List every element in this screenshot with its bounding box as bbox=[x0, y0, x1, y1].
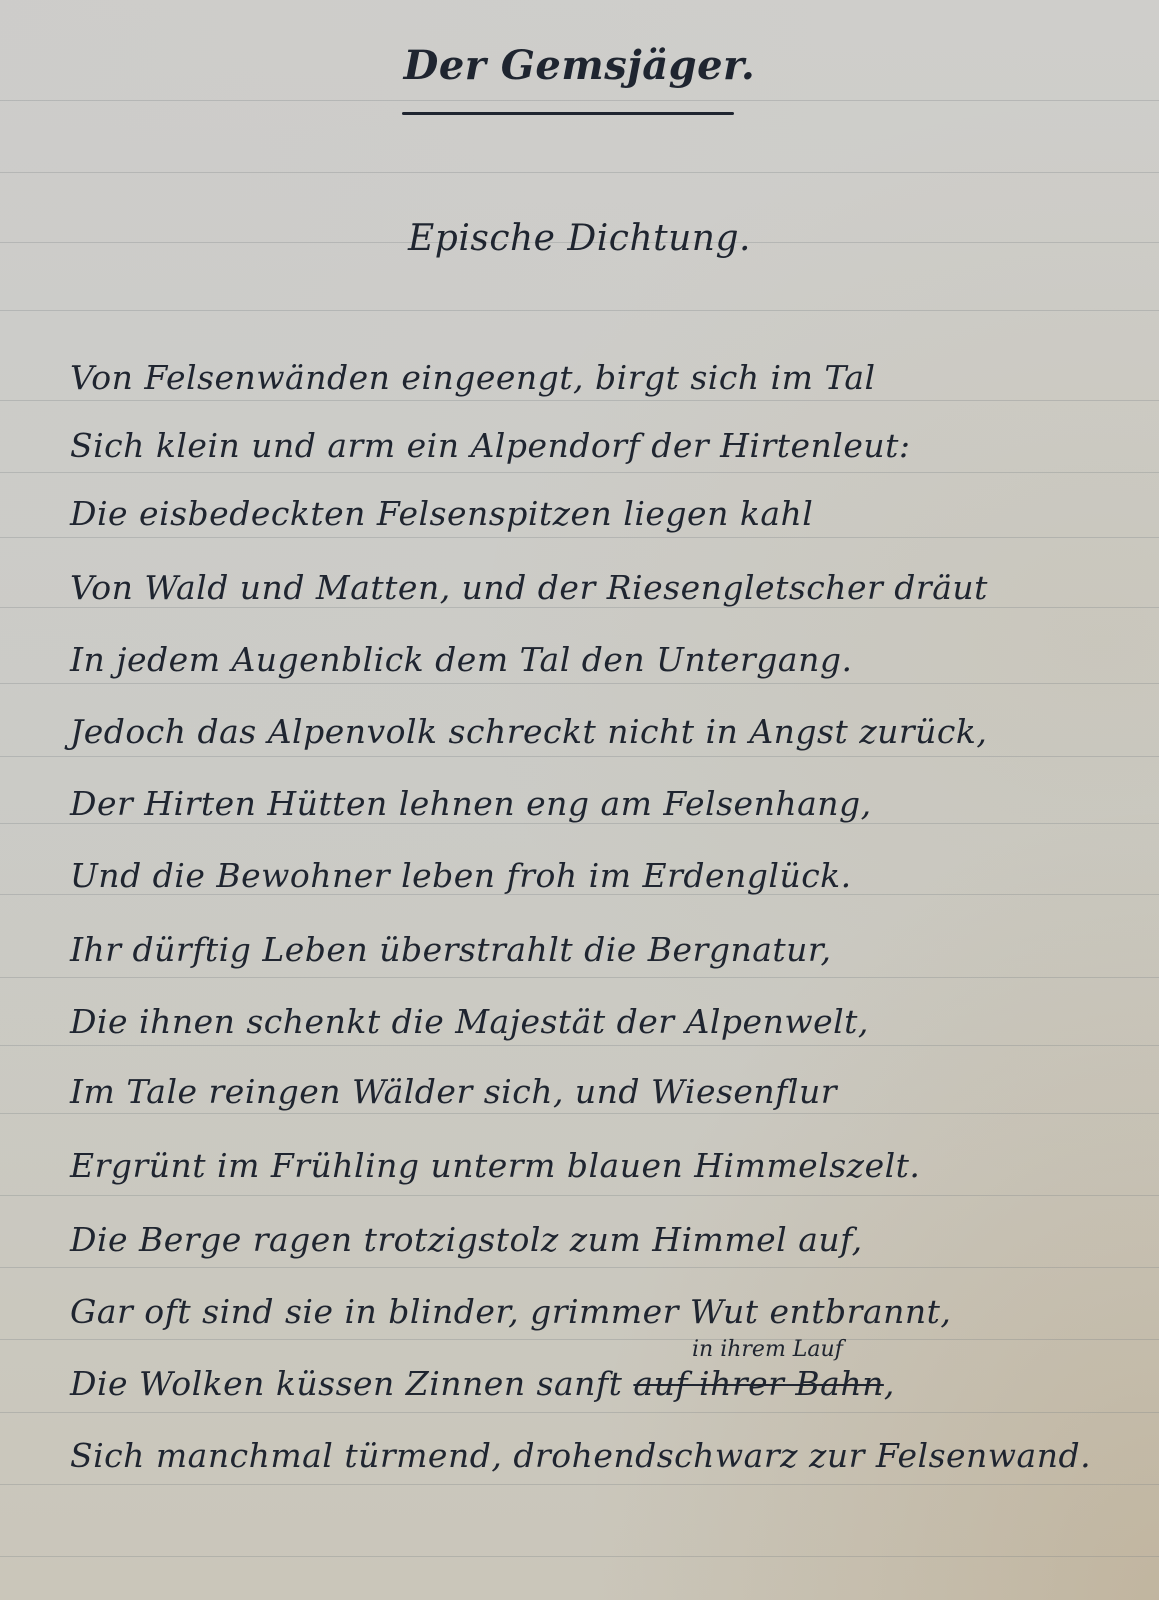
ruling-line bbox=[0, 172, 1159, 173]
ruling-line bbox=[0, 823, 1159, 824]
verse-line-15: Die Wolken küssen Zinnen sanft auf ihrer… bbox=[70, 1364, 895, 1403]
ruling-line bbox=[0, 1267, 1159, 1268]
ruling-line bbox=[0, 1195, 1159, 1196]
ruling-line bbox=[0, 756, 1159, 757]
verse-line-13: Die Berge ragen trotzigstolz zum Himmel … bbox=[70, 1220, 863, 1259]
inserted-correction: in ihrem Lauf bbox=[692, 1337, 843, 1362]
verse-line-11: Im Tale reingen Wälder sich, und Wiesenf… bbox=[70, 1072, 837, 1111]
ruling-line bbox=[0, 607, 1159, 608]
verse-line-12: Ergrünt im Frühling unterm blauen Himmel… bbox=[70, 1146, 920, 1185]
verse-line-5: In jedem Augenblick dem Tal den Untergan… bbox=[70, 640, 852, 679]
ruling-line bbox=[0, 310, 1159, 311]
verse-line-7: Der Hirten Hütten lehnen eng am Felsenha… bbox=[70, 784, 872, 823]
page-title: Der Gemsjäger. bbox=[0, 42, 1159, 89]
ruling-line bbox=[0, 1339, 1159, 1340]
verse-line-6: Jedoch das Alpenvolk schreckt nicht in A… bbox=[70, 712, 987, 751]
ruling-line bbox=[0, 977, 1159, 978]
struck-out-text: auf ihrer Bahn bbox=[633, 1364, 883, 1403]
verse-line-2: Sich klein und arm ein Alpendorf der Hir… bbox=[70, 426, 911, 465]
verse-line-16: Sich manchmal türmend, drohendschwarz zu… bbox=[70, 1436, 1091, 1475]
ruling-line bbox=[0, 1484, 1159, 1485]
ruling-line bbox=[0, 1045, 1159, 1046]
ruling-line bbox=[0, 1556, 1159, 1557]
ruling-line bbox=[0, 1113, 1159, 1114]
ruling-line bbox=[0, 100, 1159, 101]
verse-line-3: Die eisbedeckten Felsenspitzen liegen ka… bbox=[70, 494, 813, 533]
page-subtitle: Epische Dichtung. bbox=[0, 218, 1159, 259]
verse-line-15-comma: , bbox=[884, 1364, 895, 1403]
verse-line-8: Und die Bewohner leben froh im Erdenglüc… bbox=[70, 856, 852, 895]
ruling-line bbox=[0, 1412, 1159, 1413]
ruling-line bbox=[0, 537, 1159, 538]
ruling-line bbox=[0, 400, 1159, 401]
verse-line-9: Ihr dürftig Leben überstrahlt die Bergna… bbox=[70, 930, 832, 969]
verse-line-4: Von Wald und Matten, und der Riesenglets… bbox=[70, 568, 988, 607]
verse-line-15-text: Die Wolken küssen Zinnen sanft bbox=[70, 1364, 622, 1403]
ruling-line bbox=[0, 472, 1159, 473]
verse-line-10: Die ihnen schenkt die Majestät der Alpen… bbox=[70, 1002, 869, 1041]
manuscript-page: Der Gemsjäger. Epische Dichtung. Von Fel… bbox=[0, 0, 1159, 1600]
verse-line-1: Von Felsenwänden eingeengt, birgt sich i… bbox=[70, 358, 876, 397]
title-underline bbox=[402, 112, 734, 115]
ruling-line bbox=[0, 683, 1159, 684]
verse-line-14: Gar oft sind sie in blinder, grimmer Wut… bbox=[70, 1292, 951, 1331]
